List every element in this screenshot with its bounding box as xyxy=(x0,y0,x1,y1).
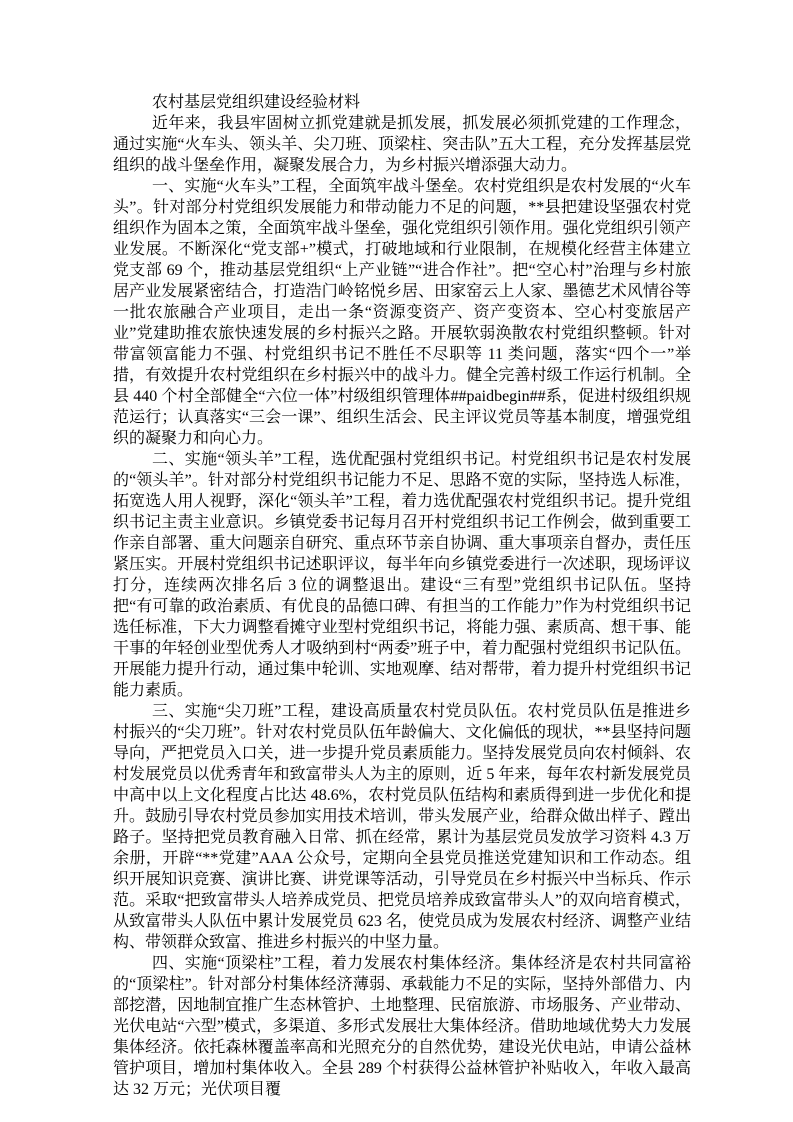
document-page: 农村基层党组织建设经验材料 近年来，我县牢固树立抓党建就是抓发展，抓发展必须抓党… xyxy=(0,0,793,1122)
paragraph-section-4: 四、实施“顶梁柱”工程，着力发展农村集体经济。集体经济是农村共同富裕的“顶梁柱”… xyxy=(113,953,691,1100)
paragraph-section-2: 二、实施“领头羊”工程，选优配强村党组织书记。村党组织书记是农村发展的“领头羊”… xyxy=(113,449,691,701)
document-text-block: 农村基层党组织建设经验材料 近年来，我县牢固树立抓党建就是抓发展，抓发展必须抓党… xyxy=(113,92,691,1100)
document-title: 农村基层党组织建设经验材料 xyxy=(113,92,691,113)
paragraph-section-1: 一、实施“火车头”工程，全面筑牢战斗堡垒。农村党组织是农村发展的“火车头”。针对… xyxy=(113,176,691,449)
paragraph-section-3: 三、实施“尖刀班”工程，建设高质量农村党员队伍。农村党员队伍是推进乡村振兴的“尖… xyxy=(113,701,691,953)
paragraph-intro: 近年来，我县牢固树立抓党建就是抓发展，抓发展必须抓党建的工作理念，通过实施“火车… xyxy=(113,113,691,176)
